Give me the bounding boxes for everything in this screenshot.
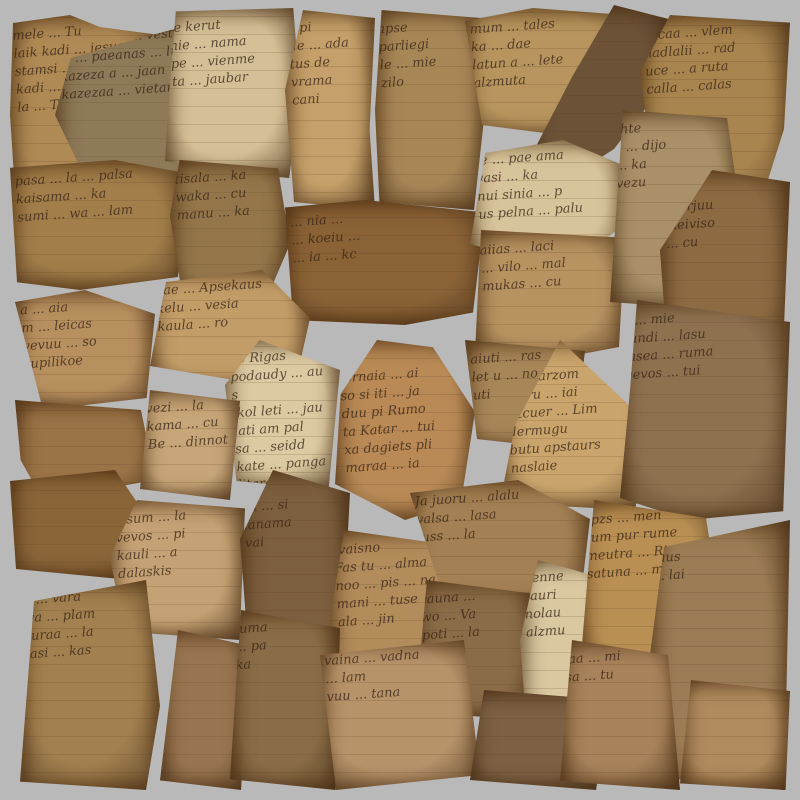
paper-scrap: aiias ... laci ... vilo ... mal mukas ..…	[475, 230, 625, 360]
handwritten-text: ruma ... pa ka	[232, 615, 337, 785]
paper-scrap: ruma ... pa ka	[230, 610, 340, 790]
paper-scrap: no Rigas podaudy ... aus lkol leti ... j…	[225, 340, 340, 490]
handwritten-text: vaina ... vadna ... lam vuu ... tana	[324, 643, 477, 787]
handwritten-text: laa ... mi sa ... tu	[563, 645, 676, 786]
handwritten-text: no Rigas podaudy ... aus lkol leti ... j…	[228, 345, 336, 486]
paper-scrap: ... nia ... ... koeiu ... ... ia ... kc	[285, 200, 485, 325]
handwritten-text: aiias ... laci ... vilo ... mal mukas ..…	[479, 233, 621, 356]
paper-scrap	[680, 680, 790, 790]
handwritten-text: pasa ... la ... palsa kaisama ... ka sum…	[14, 163, 181, 288]
handwritten-text: ... nia ... ... koeiu ... ... ia ... kc	[289, 202, 480, 324]
collage-canvas: mele ... Tu laik kadi ... iesus stamsi .…	[0, 0, 800, 800]
handwritten-text: lapi de ... ada tus de vrama cani	[287, 16, 374, 205]
paper-scrap: pasa ... la ... palsa kaisama ... ka sum…	[10, 160, 185, 290]
paper-scrap: laa ... mi sa ... tu	[560, 640, 680, 790]
handwritten-text: Ie kerut nie ... nama pe ... vienme ta .…	[168, 12, 297, 174]
handwritten-text: vezi ... la kama ... cu Be ... dinnot	[145, 395, 235, 495]
handwritten-text	[685, 685, 785, 785]
paper-scrap: a ... aia m ... leicas vevuu ... so supi…	[15, 290, 155, 410]
handwritten-text: li ... mie rundi ... lasu lasea ... ruma…	[621, 303, 789, 517]
paper-scrap: ti ... vara wa ... plam suraa ... la las…	[20, 580, 160, 790]
paper-scrap: vezi ... la kama ... cu Be ... dinnot	[140, 390, 240, 500]
handwritten-text: ti ... vara wa ... plam suraa ... la las…	[21, 584, 158, 786]
paper-scrap: Ie kerut nie ... nama pe ... vienme ta .…	[165, 8, 300, 178]
paper-scrap: li ... mie rundi ... lasu lasea ... ruma…	[620, 300, 790, 520]
handwritten-text: apse parliegi le ... mie zilo	[377, 15, 484, 205]
handwritten-text: a ... aia m ... leicas vevuu ... so supi…	[20, 294, 151, 406]
paper-scrap: lapi de ... ada tus de vrama cani	[285, 10, 375, 210]
paper-scrap: vaina ... vadna ... lam vuu ... tana	[320, 640, 480, 790]
